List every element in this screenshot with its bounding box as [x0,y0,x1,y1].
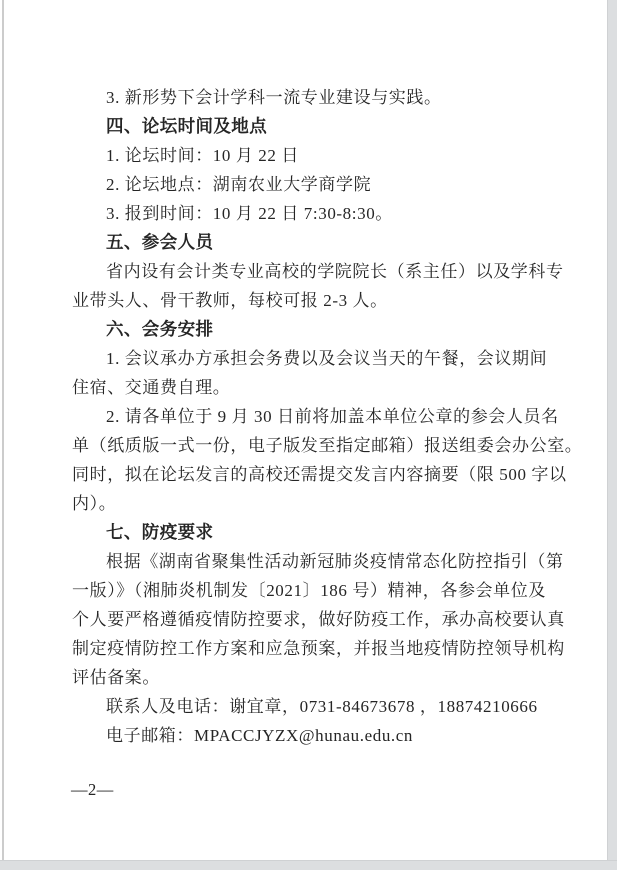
page-number: —2— [71,780,114,800]
text-line: 业带头人、骨干教师，每校可报 2-3 人。 [72,286,562,315]
text-line: 1. 论坛时间：10 月 22 日 [72,141,562,170]
text-line: 2. 请各单位于 9 月 30 日前将加盖本单位公章的参会人员名 [72,402,562,431]
text-line: 1. 会议承办方承担会务费以及会议当天的午餐，会议期间 [72,344,562,373]
text-line: 单（纸质版一式一份，电子版发至指定邮箱）报送组委会办公室。 [72,431,562,460]
text-line: 评估备案。 [72,663,562,692]
page-right-edge [607,0,617,870]
section-heading: 六、会务安排 [72,315,562,344]
text-line: 制定疫情防控工作方案和应急预案，并报当地疫情防控领导机构 [72,634,562,663]
text-line: 联系人及电话：谢宜章，0731-84673678 ，18874210666 [72,692,562,721]
section-heading: 七、防疫要求 [72,518,562,547]
document-body: 3. 新形势下会计学科一流专业建设与实践。四、论坛时间及地点1. 论坛时间：10… [72,83,562,750]
text-line: 住宿、交通费自理。 [72,373,562,402]
text-line: 3. 新形势下会计学科一流专业建设与实践。 [72,83,562,112]
page-bottom-edge [0,860,617,870]
document-page: 3. 新形势下会计学科一流专业建设与实践。四、论坛时间及地点1. 论坛时间：10… [0,0,617,870]
text-line: 内）。 [72,489,562,518]
text-line: 3. 报到时间：10 月 22 日 7:30-8:30。 [72,199,562,228]
section-heading: 四、论坛时间及地点 [72,112,562,141]
text-line: 根据《湖南省聚集性活动新冠肺炎疫情常态化防控指引（第 [72,547,562,576]
text-line: 省内设有会计类专业高校的学院院长（系主任）以及学科专 [72,257,562,286]
section-heading: 五、参会人员 [72,228,562,257]
text-line: 2. 论坛地点：湖南农业大学商学院 [72,170,562,199]
text-line: 电子邮箱：MPACCJYZX@hunau.edu.cn [72,721,562,750]
text-line: 一版）》（湘肺炎机制发〔2021〕186 号）精神，各参会单位及 [72,576,562,605]
page-left-edge-line [2,0,4,870]
text-line: 同时，拟在论坛发言的高校还需提交发言内容摘要（限 500 字以 [72,460,562,489]
text-line: 个人要严格遵循疫情防控要求，做好防疫工作，承办高校要认真 [72,605,562,634]
